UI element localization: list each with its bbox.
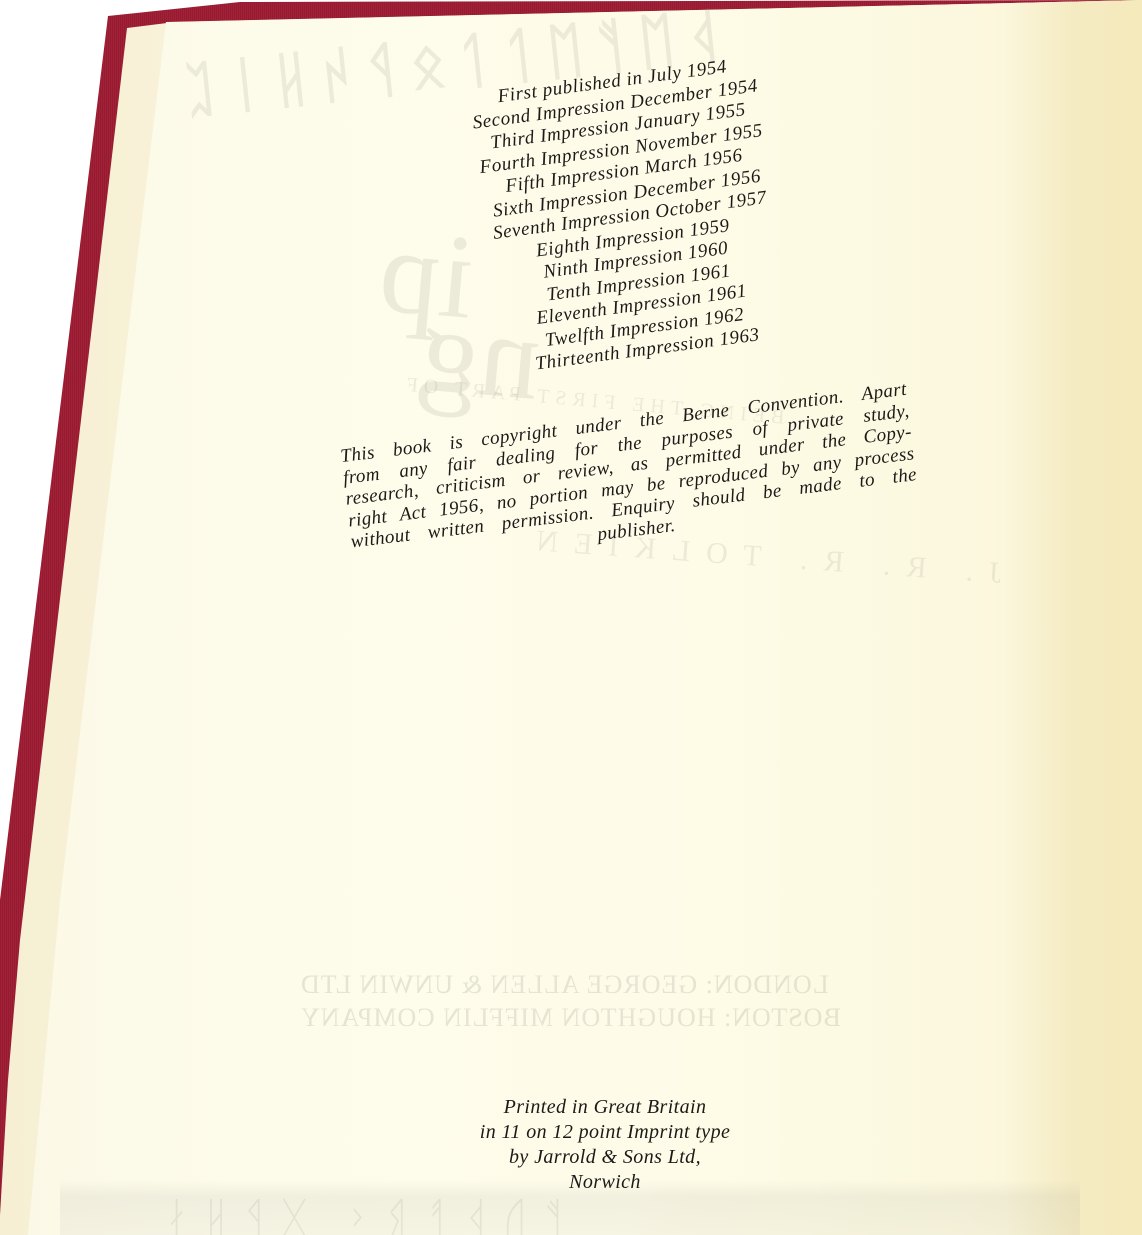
printer-line: Printed in Great Britain [410, 1095, 800, 1120]
printer-info: Printed in Great Britain in 11 on 12 poi… [410, 1095, 800, 1195]
impressions-list: First published in July 1954 Second Impr… [423, 46, 838, 386]
printer-line: by Jarrold & Sons Ltd, [410, 1145, 800, 1170]
printer-line: Norwich [410, 1170, 800, 1195]
printer-line: in 11 on 12 point Imprint type [410, 1120, 800, 1145]
book-photo: ᚦᛖᚠᛖᛚᛚᛟᚹᛋᚺᛁᛈ ip ng BEING THE FIRST PART … [0, 0, 1142, 1235]
